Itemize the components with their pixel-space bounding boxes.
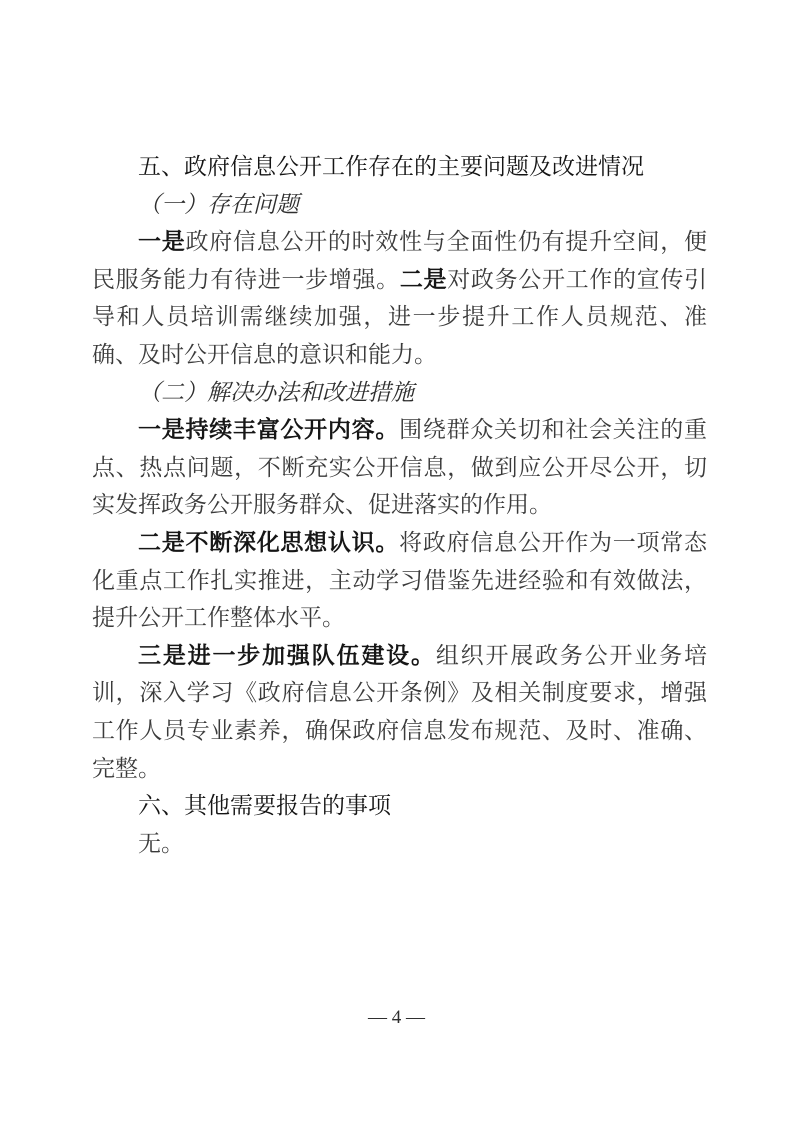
section-5-heading: 五、政府信息公开工作存在的主要问题及改进情况	[92, 148, 707, 186]
page-footer: — 4 —	[0, 1004, 793, 1032]
run-bold-measure-2: 二是不断深化思想认识。	[138, 529, 399, 555]
subsection-1-heading: （一）存在问题	[92, 186, 707, 224]
subsection-2-heading: （二）解决办法和改进措施	[92, 374, 707, 412]
run-bold-yishi: 一是	[138, 228, 185, 254]
section-6-heading: 六、其他需要报告的事项	[92, 787, 707, 825]
paragraph-none: 无。	[92, 825, 707, 863]
run-bold-measure-1: 一是持续丰富公开内容。	[138, 416, 399, 442]
page-number: — 4 —	[368, 1007, 425, 1028]
run-bold-ershi: 二是	[400, 266, 447, 292]
paragraph-measure-1: 一是持续丰富公开内容。围绕群众关切和社会关注的重点、热点问题，不断充实公开信息，…	[92, 411, 707, 524]
paragraph-problems: 一是政府信息公开的时效性与全面性仍有提升空间，便民服务能力有待进一步增强。二是对…	[92, 223, 707, 373]
paragraph-measure-2: 二是不断深化思想认识。将政府信息公开作为一项常态化重点工作扎实推进，主动学习借鉴…	[92, 524, 707, 637]
document-page: 五、政府信息公开工作存在的主要问题及改进情况 （一）存在问题 一是政府信息公开的…	[0, 0, 793, 1122]
document-content: 五、政府信息公开工作存在的主要问题及改进情况 （一）存在问题 一是政府信息公开的…	[92, 148, 707, 862]
paragraph-measure-3: 三是进一步加强队伍建设。组织开展政务公开业务培训，深入学习《政府信息公开条例》及…	[92, 637, 707, 787]
run-bold-measure-3: 三是进一步加强队伍建设。	[138, 642, 436, 668]
